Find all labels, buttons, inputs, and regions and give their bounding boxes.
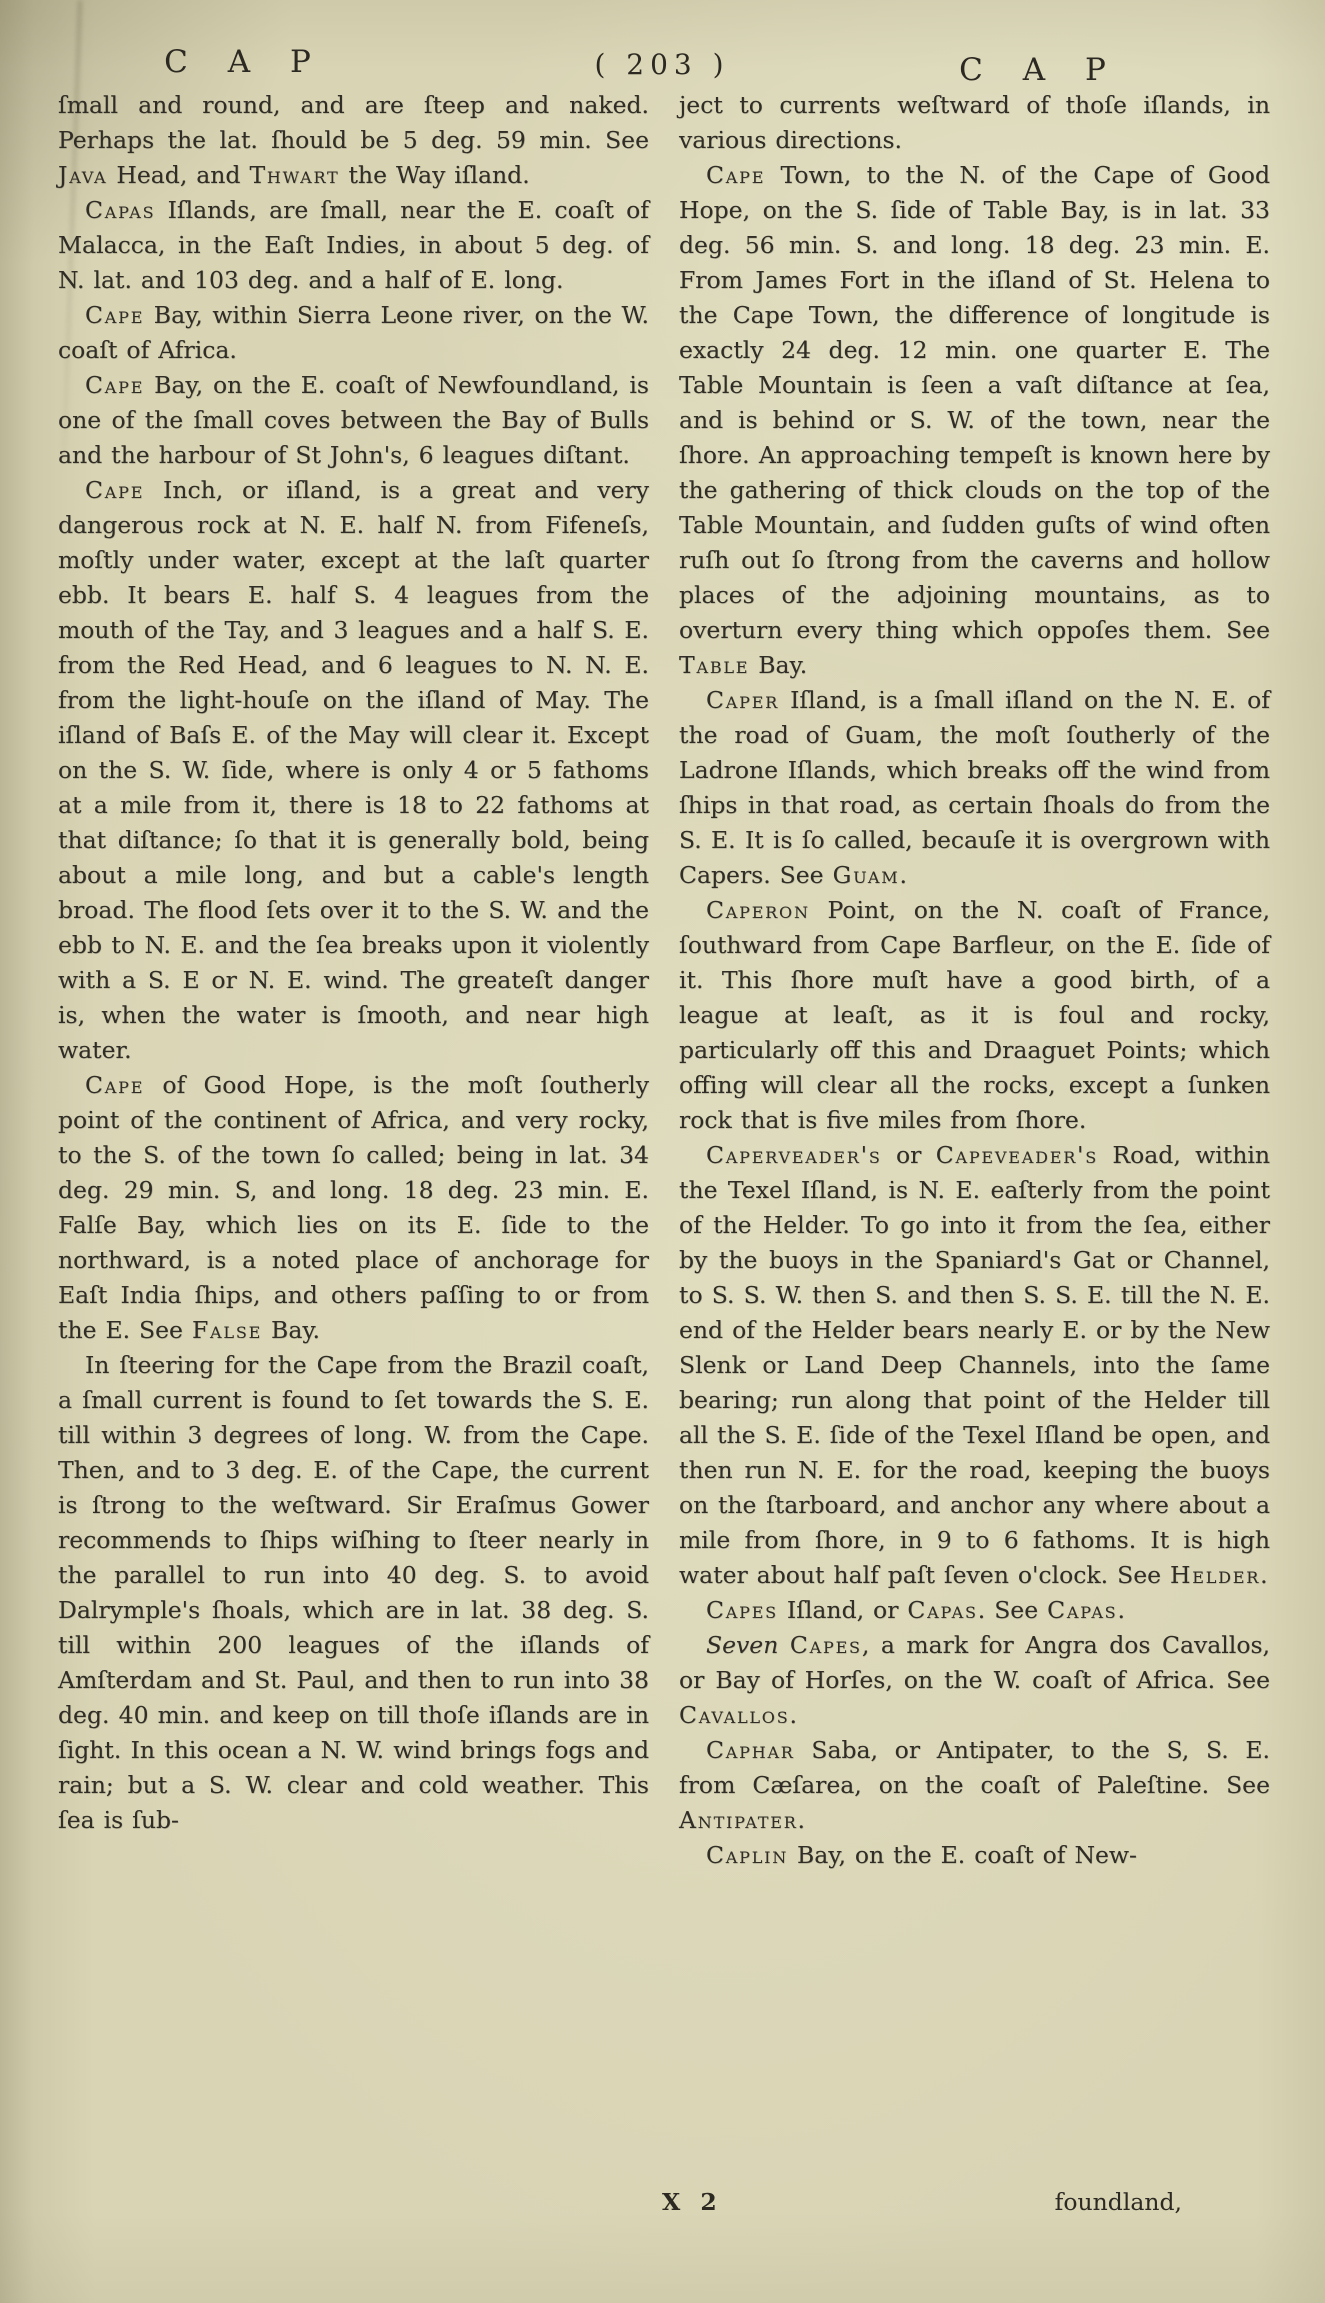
entry-term: Capas	[85, 196, 155, 224]
entry-term: Capes	[790, 1631, 862, 1659]
entry-term: Capas	[1047, 1596, 1117, 1624]
text-run: or	[882, 1141, 936, 1169]
text-run: Inch, or iſland, is a great and very dan…	[58, 476, 649, 1064]
text-run: Town, to the N. of the Cape of Good Hope…	[679, 161, 1270, 644]
entry-term: Antipater	[679, 1806, 798, 1834]
running-title-left: C A P	[164, 44, 326, 80]
text-run: ject to currents weſtward of thoſe iſlan…	[679, 91, 1270, 154]
entry-term: Cape	[85, 301, 144, 329]
page-header: C A P ( 203 ) C A P	[0, 44, 1325, 90]
paragraph: Capes Iſland, or Capas. See Capas.	[679, 1593, 1270, 1628]
paragraph: Cape of Good Hope, is the moſt ſoutherly…	[58, 1068, 649, 1348]
paragraph: Caplin Bay, on the E. coaſt of New-	[679, 1838, 1270, 1873]
entry-term: Thwart	[249, 161, 339, 189]
text-run: .	[899, 861, 906, 889]
text-run: Bay, within Sierra Leone river, on the W…	[58, 301, 649, 364]
paragraph: Caper Iſland, is a ſmall iſland on the N…	[679, 683, 1270, 893]
entry-term: Caperon	[706, 896, 810, 924]
paragraph: In ſteering for the Cape from the Brazil…	[58, 1348, 649, 1838]
entry-term: Capeveader's	[936, 1141, 1098, 1169]
entry-term: Java	[58, 161, 107, 189]
paragraph: Caperon Point, on the N. coaſt of France…	[679, 893, 1270, 1138]
entry-term: Cavallos	[679, 1701, 790, 1729]
text-run: . See	[978, 1596, 1047, 1624]
text-run	[778, 1631, 790, 1659]
paragraph: Cape Town, to the N. of the Cape of Good…	[679, 158, 1270, 683]
paragraph: Capas Iſlands, are ſmall, near the E. co…	[58, 193, 649, 298]
running-title-right: C A P	[959, 52, 1121, 88]
column-right: ject to currents weſtward of thoſe iſlan…	[679, 88, 1270, 1873]
entry-term: Caplin	[706, 1841, 788, 1869]
entry-term: False	[192, 1316, 262, 1344]
text-run: In ſteering for the Cape from the Brazil…	[58, 1351, 649, 1834]
entry-term: Guam	[833, 861, 900, 889]
entry-term: Cape	[85, 1071, 144, 1099]
catchword: foundland,	[1055, 2188, 1182, 2216]
text-run: Head, and	[107, 161, 249, 189]
text-run: Road, within the Texel Iſland, is N. E. …	[679, 1141, 1270, 1589]
text-run: Iſland, is a ſmall iſland on the N. E. o…	[679, 686, 1270, 889]
page-number: ( 203 )	[594, 48, 729, 81]
entry-term: Table	[679, 651, 749, 679]
text-run: Bay.	[749, 651, 807, 679]
paragraph: Cape Bay, within Sierra Leone river, on …	[58, 298, 649, 368]
text-run: the Way iſland.	[340, 161, 530, 189]
entry-term: Helder	[1170, 1561, 1260, 1589]
paragraph: ject to currents weſtward of thoſe iſlan…	[679, 88, 1270, 158]
signature-mark: X 2	[662, 2188, 723, 2216]
text-run: Bay, on the E. coaſt of Newfoundland, is…	[58, 371, 649, 469]
book-page-scan: C A P ( 203 ) C A P ſmall and round, and…	[0, 0, 1325, 2303]
page-footer: X 2 foundland,	[58, 2188, 1270, 2228]
text-run: Point, on the N. coaſt of France, ſouthw…	[679, 896, 1270, 1134]
text-run: Bay, on the E. coaſt of New-	[788, 1841, 1137, 1869]
entry-term: Caper	[706, 686, 779, 714]
text-run: ſmall and round, and are ſteep and naked…	[58, 91, 649, 154]
paragraph: ſmall and round, and are ſteep and naked…	[58, 88, 649, 193]
text-run: .	[1117, 1596, 1124, 1624]
paragraph: Seven Capes, a mark for Angra dos Cavall…	[679, 1628, 1270, 1733]
entry-term: Caphar	[706, 1736, 795, 1764]
text-run: Bay.	[262, 1316, 320, 1344]
entry-term: Cape	[85, 476, 144, 504]
paragraph: Cape Inch, or iſland, is a great and ver…	[58, 473, 649, 1068]
entry-term: Capas	[907, 1596, 977, 1624]
text-columns: ſmall and round, and are ſteep and naked…	[58, 88, 1270, 1873]
text-run: Iſland, or	[778, 1596, 907, 1624]
paragraph: Caphar Saba, or Antipater, to the S, S. …	[679, 1733, 1270, 1838]
entry-term: Capes	[706, 1596, 778, 1624]
paragraph: Caperveader's or Capeveader's Road, with…	[679, 1138, 1270, 1593]
entry-term: Cape	[706, 161, 765, 189]
text-run: .	[1260, 1561, 1267, 1589]
text-run: of Good Hope, is the moſt ſoutherly poin…	[58, 1071, 649, 1344]
italic-text: Seven	[706, 1631, 778, 1659]
paragraph: Cape Bay, on the E. coaſt of Newfoundlan…	[58, 368, 649, 473]
entry-term: Cape	[85, 371, 144, 399]
entry-term: Caperveader's	[706, 1141, 882, 1169]
column-left: ſmall and round, and are ſteep and naked…	[58, 88, 649, 1873]
text-run: .	[798, 1806, 805, 1834]
text-run: .	[790, 1701, 797, 1729]
